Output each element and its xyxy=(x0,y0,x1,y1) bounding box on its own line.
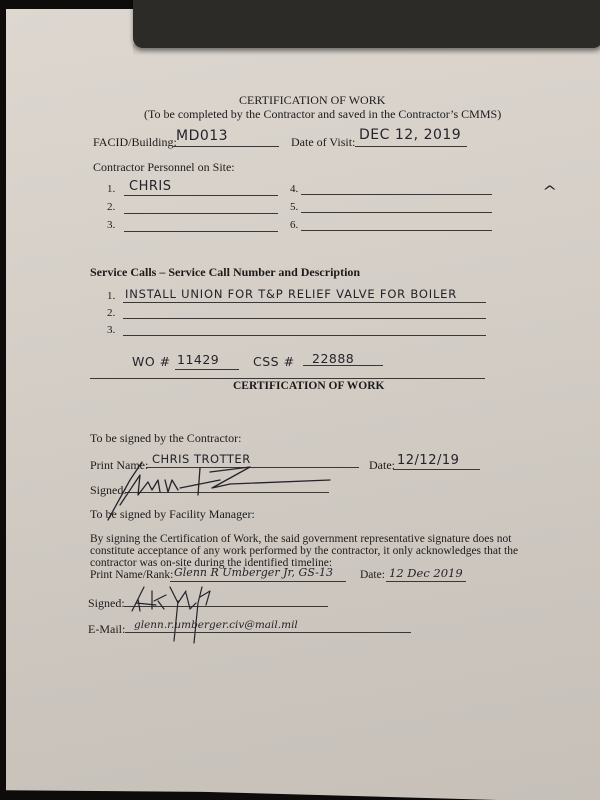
personnel-num-2: 2. xyxy=(107,201,115,213)
personnel-line-5[interactable] xyxy=(301,212,492,213)
manager-print-name-value[interactable]: Glenn R Umberger Jr, GS-13 xyxy=(174,566,333,579)
manager-print-name-label: Print Name/Rank: xyxy=(90,569,173,581)
manager-email-label: E-Mail: xyxy=(88,622,125,637)
manager-email-line xyxy=(125,632,411,633)
personnel-value-1[interactable]: CHRIS xyxy=(129,179,171,194)
service-call-num-3: 3. xyxy=(107,324,115,336)
date-of-visit-label: Date of Visit: xyxy=(291,135,355,150)
personnel-num-5: 5. xyxy=(290,201,298,213)
manager-disclaimer-2: constitute acceptance of any work perfor… xyxy=(90,545,518,557)
facid-label: FACID/Building: xyxy=(93,135,177,150)
personnel-line-1 xyxy=(124,195,278,196)
wo-value[interactable]: 11429 xyxy=(177,352,219,367)
form-subtitle: (To be completed by the Contractor and s… xyxy=(144,107,501,122)
personnel-line-2[interactable] xyxy=(124,213,278,214)
service-call-num-2: 2. xyxy=(107,307,115,319)
wo-label: WO # xyxy=(132,354,171,369)
paper-sheet xyxy=(6,9,600,800)
margin-mark: ^ xyxy=(542,184,558,200)
service-call-line-1 xyxy=(123,302,486,303)
contractor-date-value[interactable]: 12/12/19 xyxy=(397,453,459,468)
manager-signed-label: Signed: xyxy=(88,596,125,611)
service-call-line-3[interactable] xyxy=(123,335,486,336)
manager-heading: To be signed by Facility Manager: xyxy=(90,507,255,522)
personnel-line-3[interactable] xyxy=(124,231,278,232)
personnel-num-6: 6. xyxy=(290,219,298,231)
personnel-label: Contractor Personnel on Site: xyxy=(93,160,235,175)
personnel-num-1: 1. xyxy=(107,183,115,195)
personnel-num-3: 3. xyxy=(107,219,115,231)
facid-value[interactable]: MD013 xyxy=(176,128,228,144)
manager-disclaimer-1: By signing the Certification of Work, th… xyxy=(90,533,511,545)
service-call-line-2[interactable] xyxy=(123,318,486,319)
manager-date-line xyxy=(386,581,466,582)
contractor-date-label: Date: xyxy=(369,458,395,473)
service-calls-label: Service Calls – Service Call Number and … xyxy=(90,265,360,280)
contractor-date-line xyxy=(393,469,480,470)
date-of-visit-value[interactable]: DEC 12, 2019 xyxy=(359,127,461,143)
clipboard-clip: CHRIS TROTTER xyxy=(133,0,600,48)
manager-email-value[interactable]: glenn.r.umberger.civ@mail.mil xyxy=(134,619,298,631)
personnel-line-4[interactable] xyxy=(301,194,492,195)
css-label: CSS # xyxy=(253,354,295,369)
manager-signature[interactable] xyxy=(130,583,240,648)
css-value[interactable]: 22888 xyxy=(312,351,354,366)
manager-date-value[interactable]: 12 Dec 2019 xyxy=(389,566,463,580)
service-call-num-1: 1. xyxy=(107,290,115,302)
manager-print-name-line xyxy=(170,581,346,582)
personnel-num-4: 4. xyxy=(290,183,298,195)
personnel-line-6[interactable] xyxy=(301,230,492,231)
form-title: CERTIFICATION OF WORK xyxy=(239,93,385,108)
date-of-visit-line xyxy=(355,146,467,147)
wo-line xyxy=(175,369,239,370)
contractor-heading: To be signed by the Contractor: xyxy=(90,431,241,446)
section2-title: CERTIFICATION OF WORK xyxy=(233,380,384,392)
manager-date-label: Date: xyxy=(360,569,385,581)
service-call-value-1[interactable]: INSTALL UNION FOR T&P RELIEF VALVE FOR B… xyxy=(125,287,457,301)
section-divider xyxy=(90,378,485,379)
facid-line xyxy=(173,146,279,147)
